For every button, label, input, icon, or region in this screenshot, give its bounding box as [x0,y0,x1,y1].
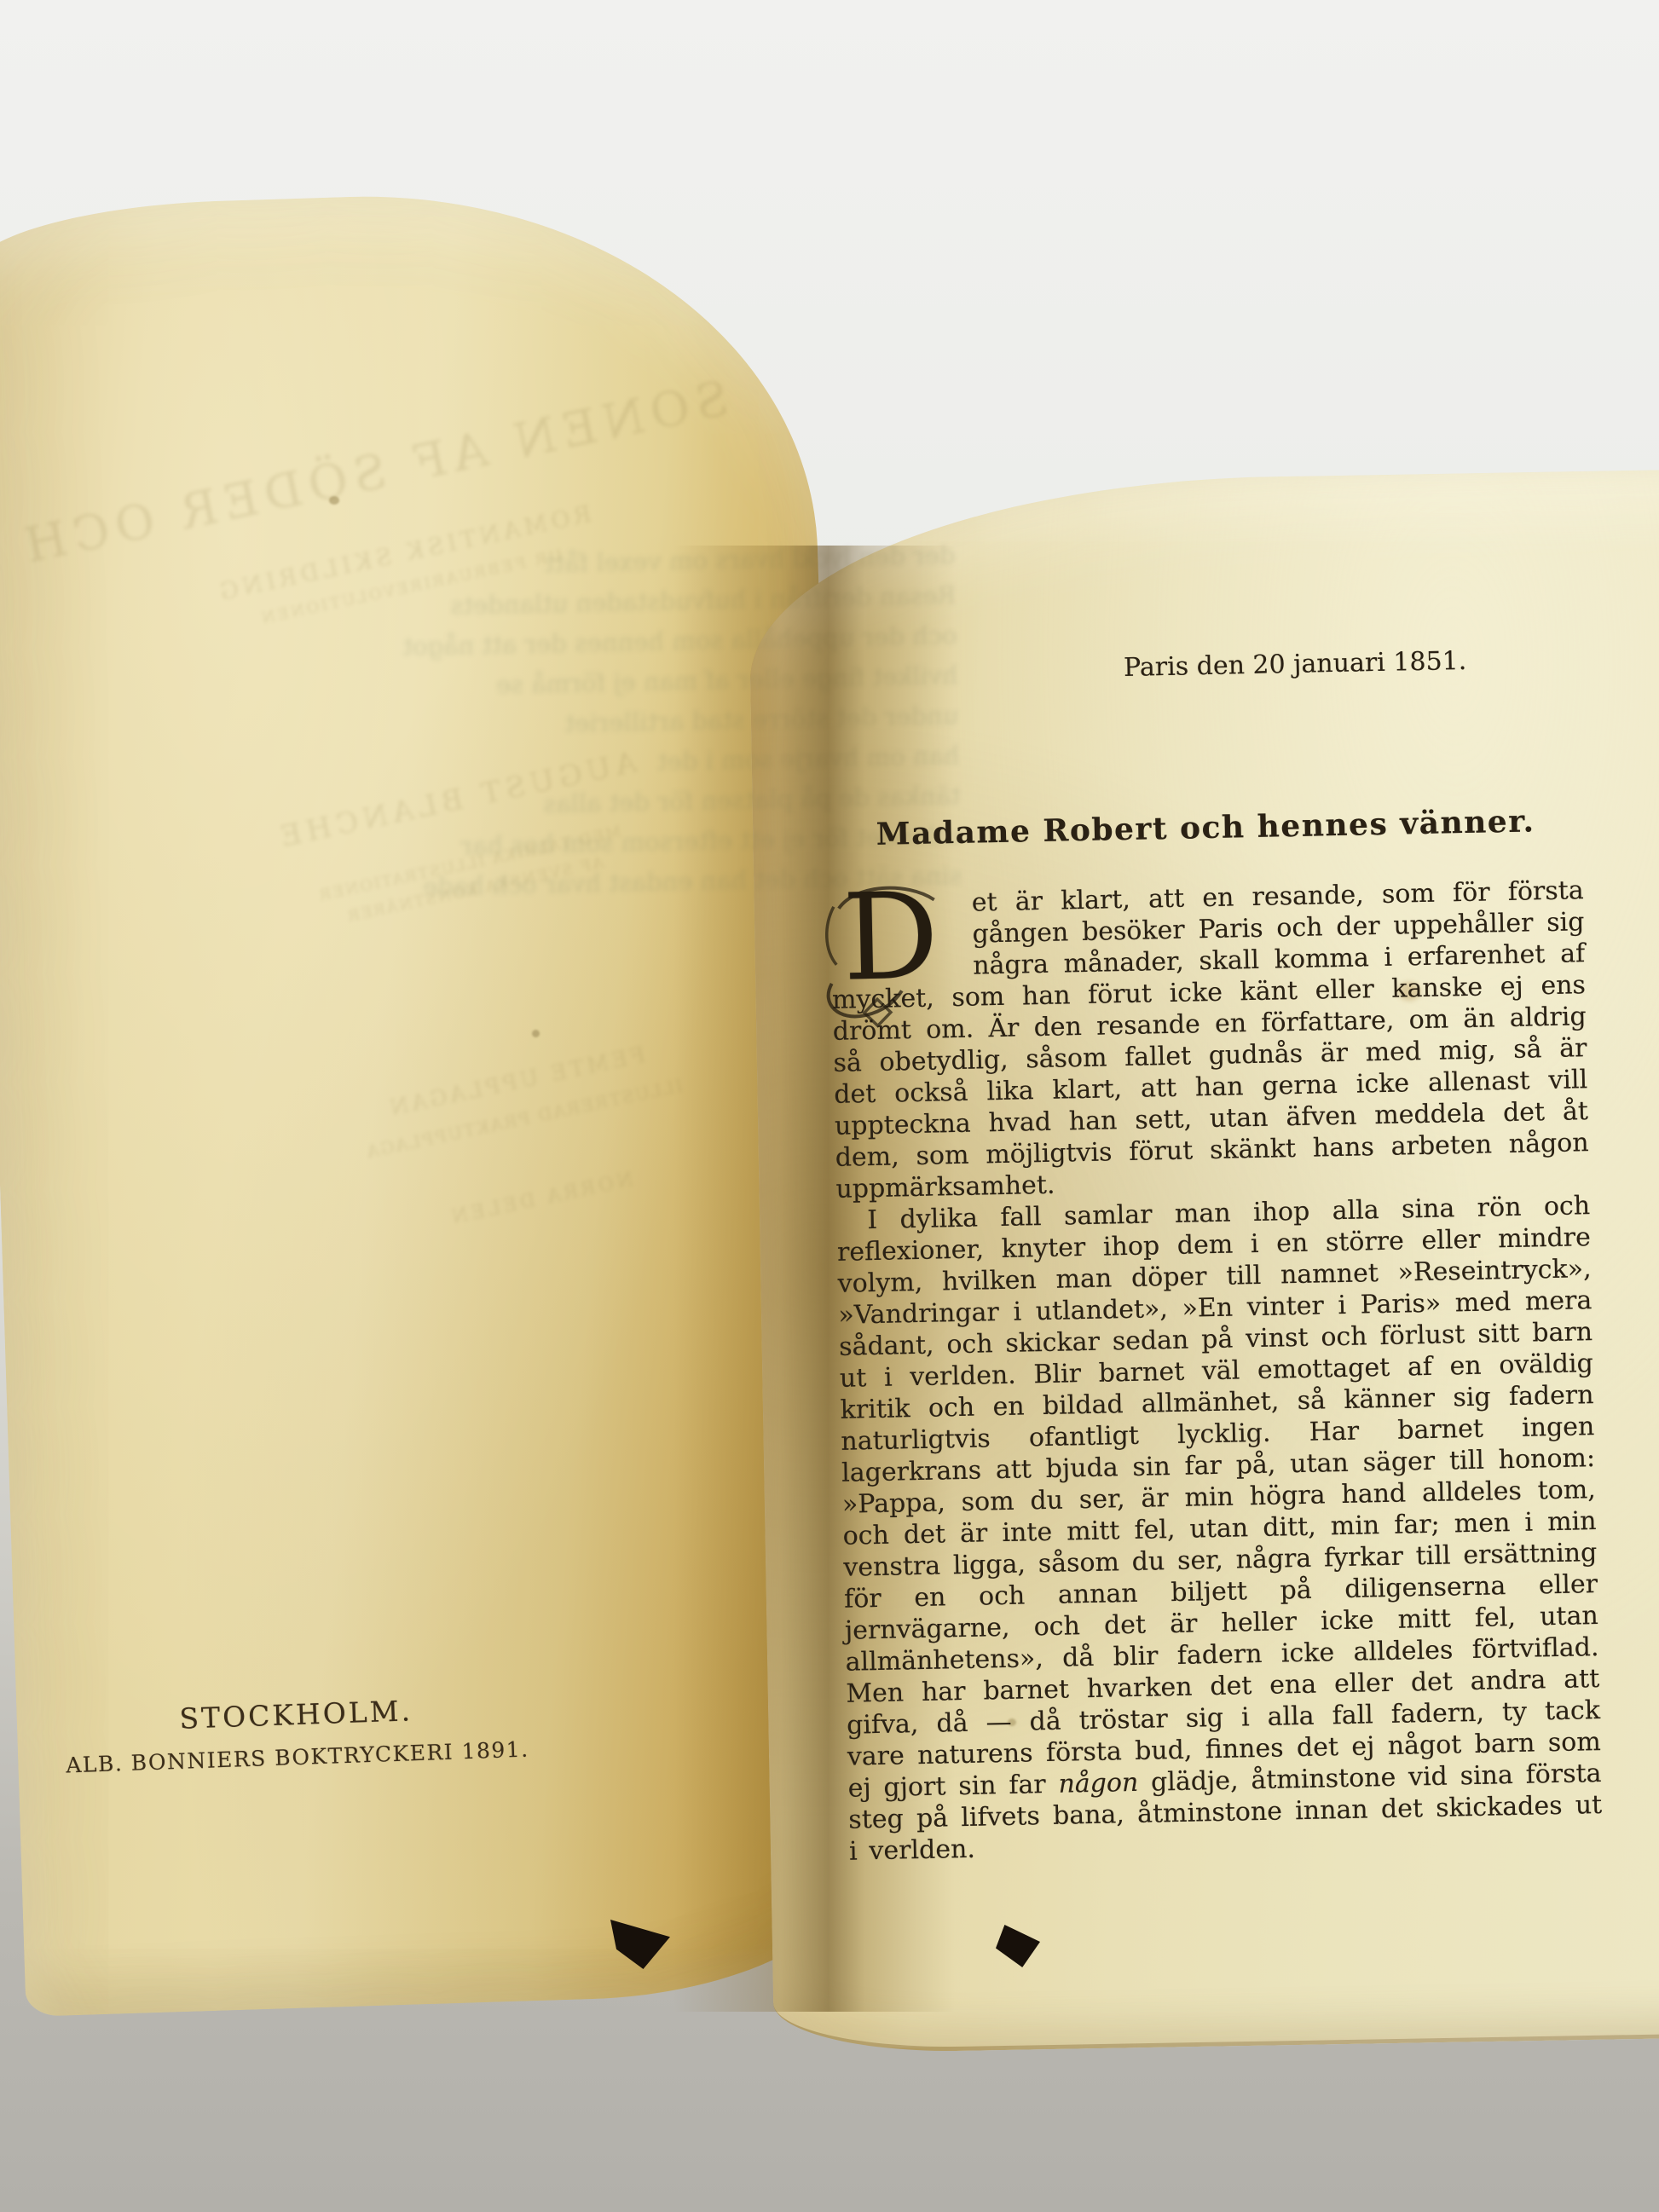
right-page-text: Paris den 20 januari 1851. Madame Robert… [825,643,1603,1867]
chapter-heading: Madame Robert och hennes vänner. [829,801,1583,854]
book-photo: SONEN AF SÖDER OCH NORD ROMANTISK SKILDR… [0,0,1659,2212]
paragraph: I dylika fall samlar man ihop alla sina … [836,1190,1603,1868]
ghost-line: FEMTE UPPLAGAN [171,996,860,1166]
drop-cap-letter: D [841,877,939,998]
paragraph-2-italic-word: någon [1058,1768,1138,1799]
body-text: D et är klart, att en resande, som för f… [829,875,1603,1868]
paragraph: D et är klart, att en resande, som för f… [829,875,1589,1205]
paragraph-2-text: I dylika fall samlar man ihop alla sina … [837,1191,1601,1804]
drop-cap-container: D [826,889,960,955]
